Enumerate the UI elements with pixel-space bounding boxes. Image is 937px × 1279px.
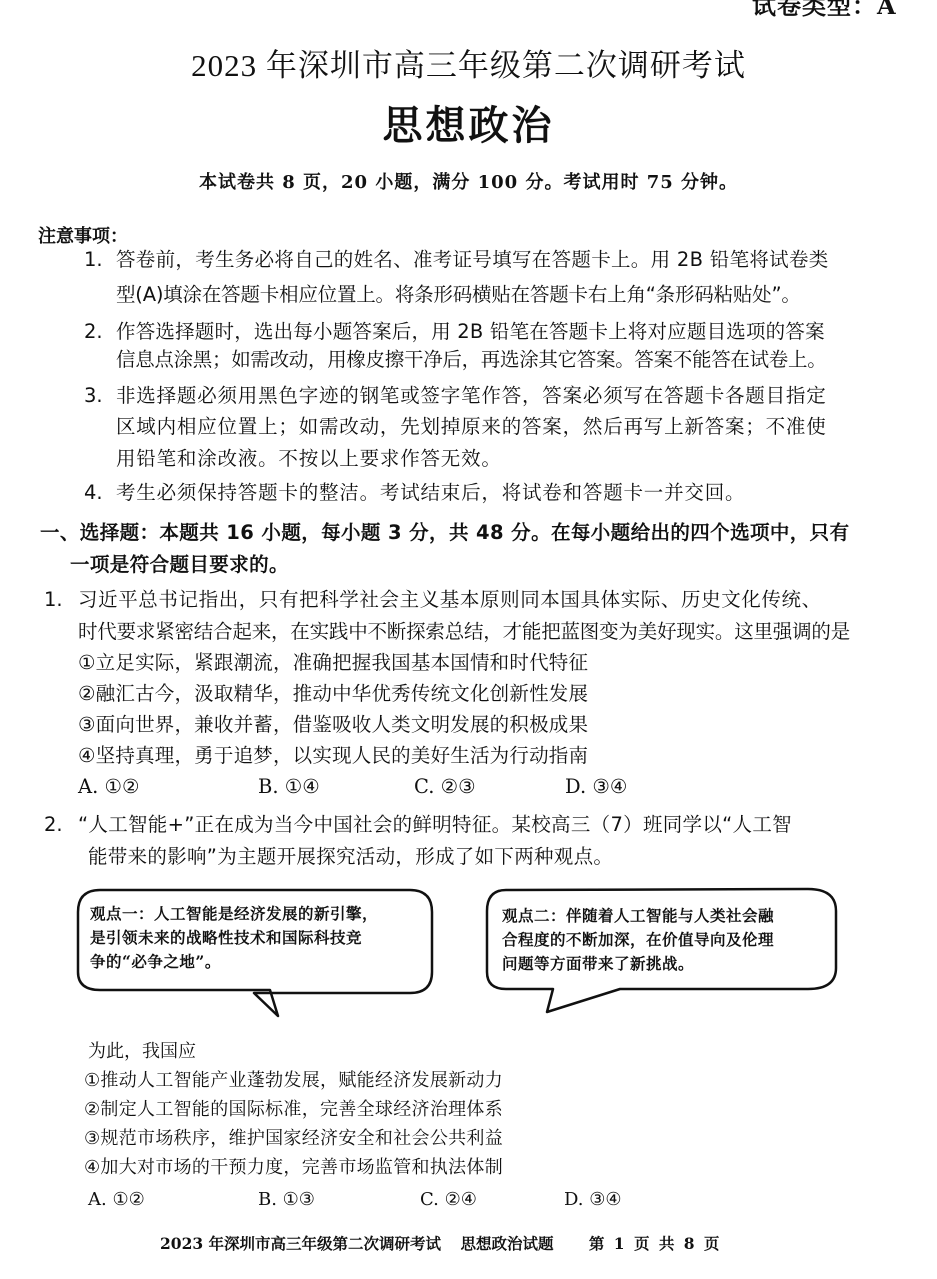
exam-page: 试卷类型：A 2023 年深圳市高三年级第二次调研考试 思想政治 本试卷共 8 … (0, 0, 937, 1279)
q2-statement-4: ④加大对市场的干预力度，完善市场监管和执法体制 (84, 1159, 503, 1177)
page-footer: 2023 年深圳市高三年级第二次调研考试 思想政治试题 第 1 页 共 8 页 (160, 1232, 721, 1254)
bubble-1-line-2: 是引领未来的战略性技术和国际科技竞 (90, 926, 440, 950)
bubble-2-line-1: 观点二：伴随着人工智能与人类社会融 (502, 904, 832, 928)
bubble-1-line-1: 观点一：人工智能是经济发展的新引擎， (90, 902, 440, 926)
q2-option-c[interactable]: C. ②④ (420, 1189, 477, 1210)
footer-subject: 思想政治试题 (460, 1232, 553, 1254)
q2-statement-1: ①推动人工智能产业蓬勃发展，赋能经济发展新动力 (84, 1072, 503, 1090)
footer-page-number: 第 1 页 共 8 页 (589, 1232, 722, 1254)
bubble-2-text: 观点二：伴随着人工智能与人类社会融 合程度的不断加深，在价值导向及伦理 问题等方… (502, 904, 832, 976)
q2-option-d[interactable]: D. ③④ (564, 1189, 622, 1210)
bubble-1-line-3: 争的“必争之地”。 (90, 950, 440, 974)
q2-lead: 为此，我国应 (88, 1043, 196, 1061)
bubble-1-text: 观点一：人工智能是经济发展的新引擎， 是引领未来的战略性技术和国际科技竞 争的“… (90, 902, 440, 974)
footer-exam: 2023 年深圳市高三年级第二次调研考试 (160, 1232, 441, 1254)
bubble-2-line-3: 问题等方面带来了新挑战。 (502, 952, 832, 976)
q2-statement-3: ③规范市场秩序，维护国家经济安全和社会公共利益 (84, 1130, 503, 1148)
q2-option-b[interactable]: B. ①③ (258, 1189, 315, 1210)
q2-option-a[interactable]: A. ①② (88, 1189, 145, 1210)
bubble-2-line-2: 合程度的不断加深，在价值导向及伦理 (502, 928, 832, 952)
q2-statement-2: ②制定人工智能的国际标准，完善全球经济治理体系 (84, 1101, 503, 1119)
